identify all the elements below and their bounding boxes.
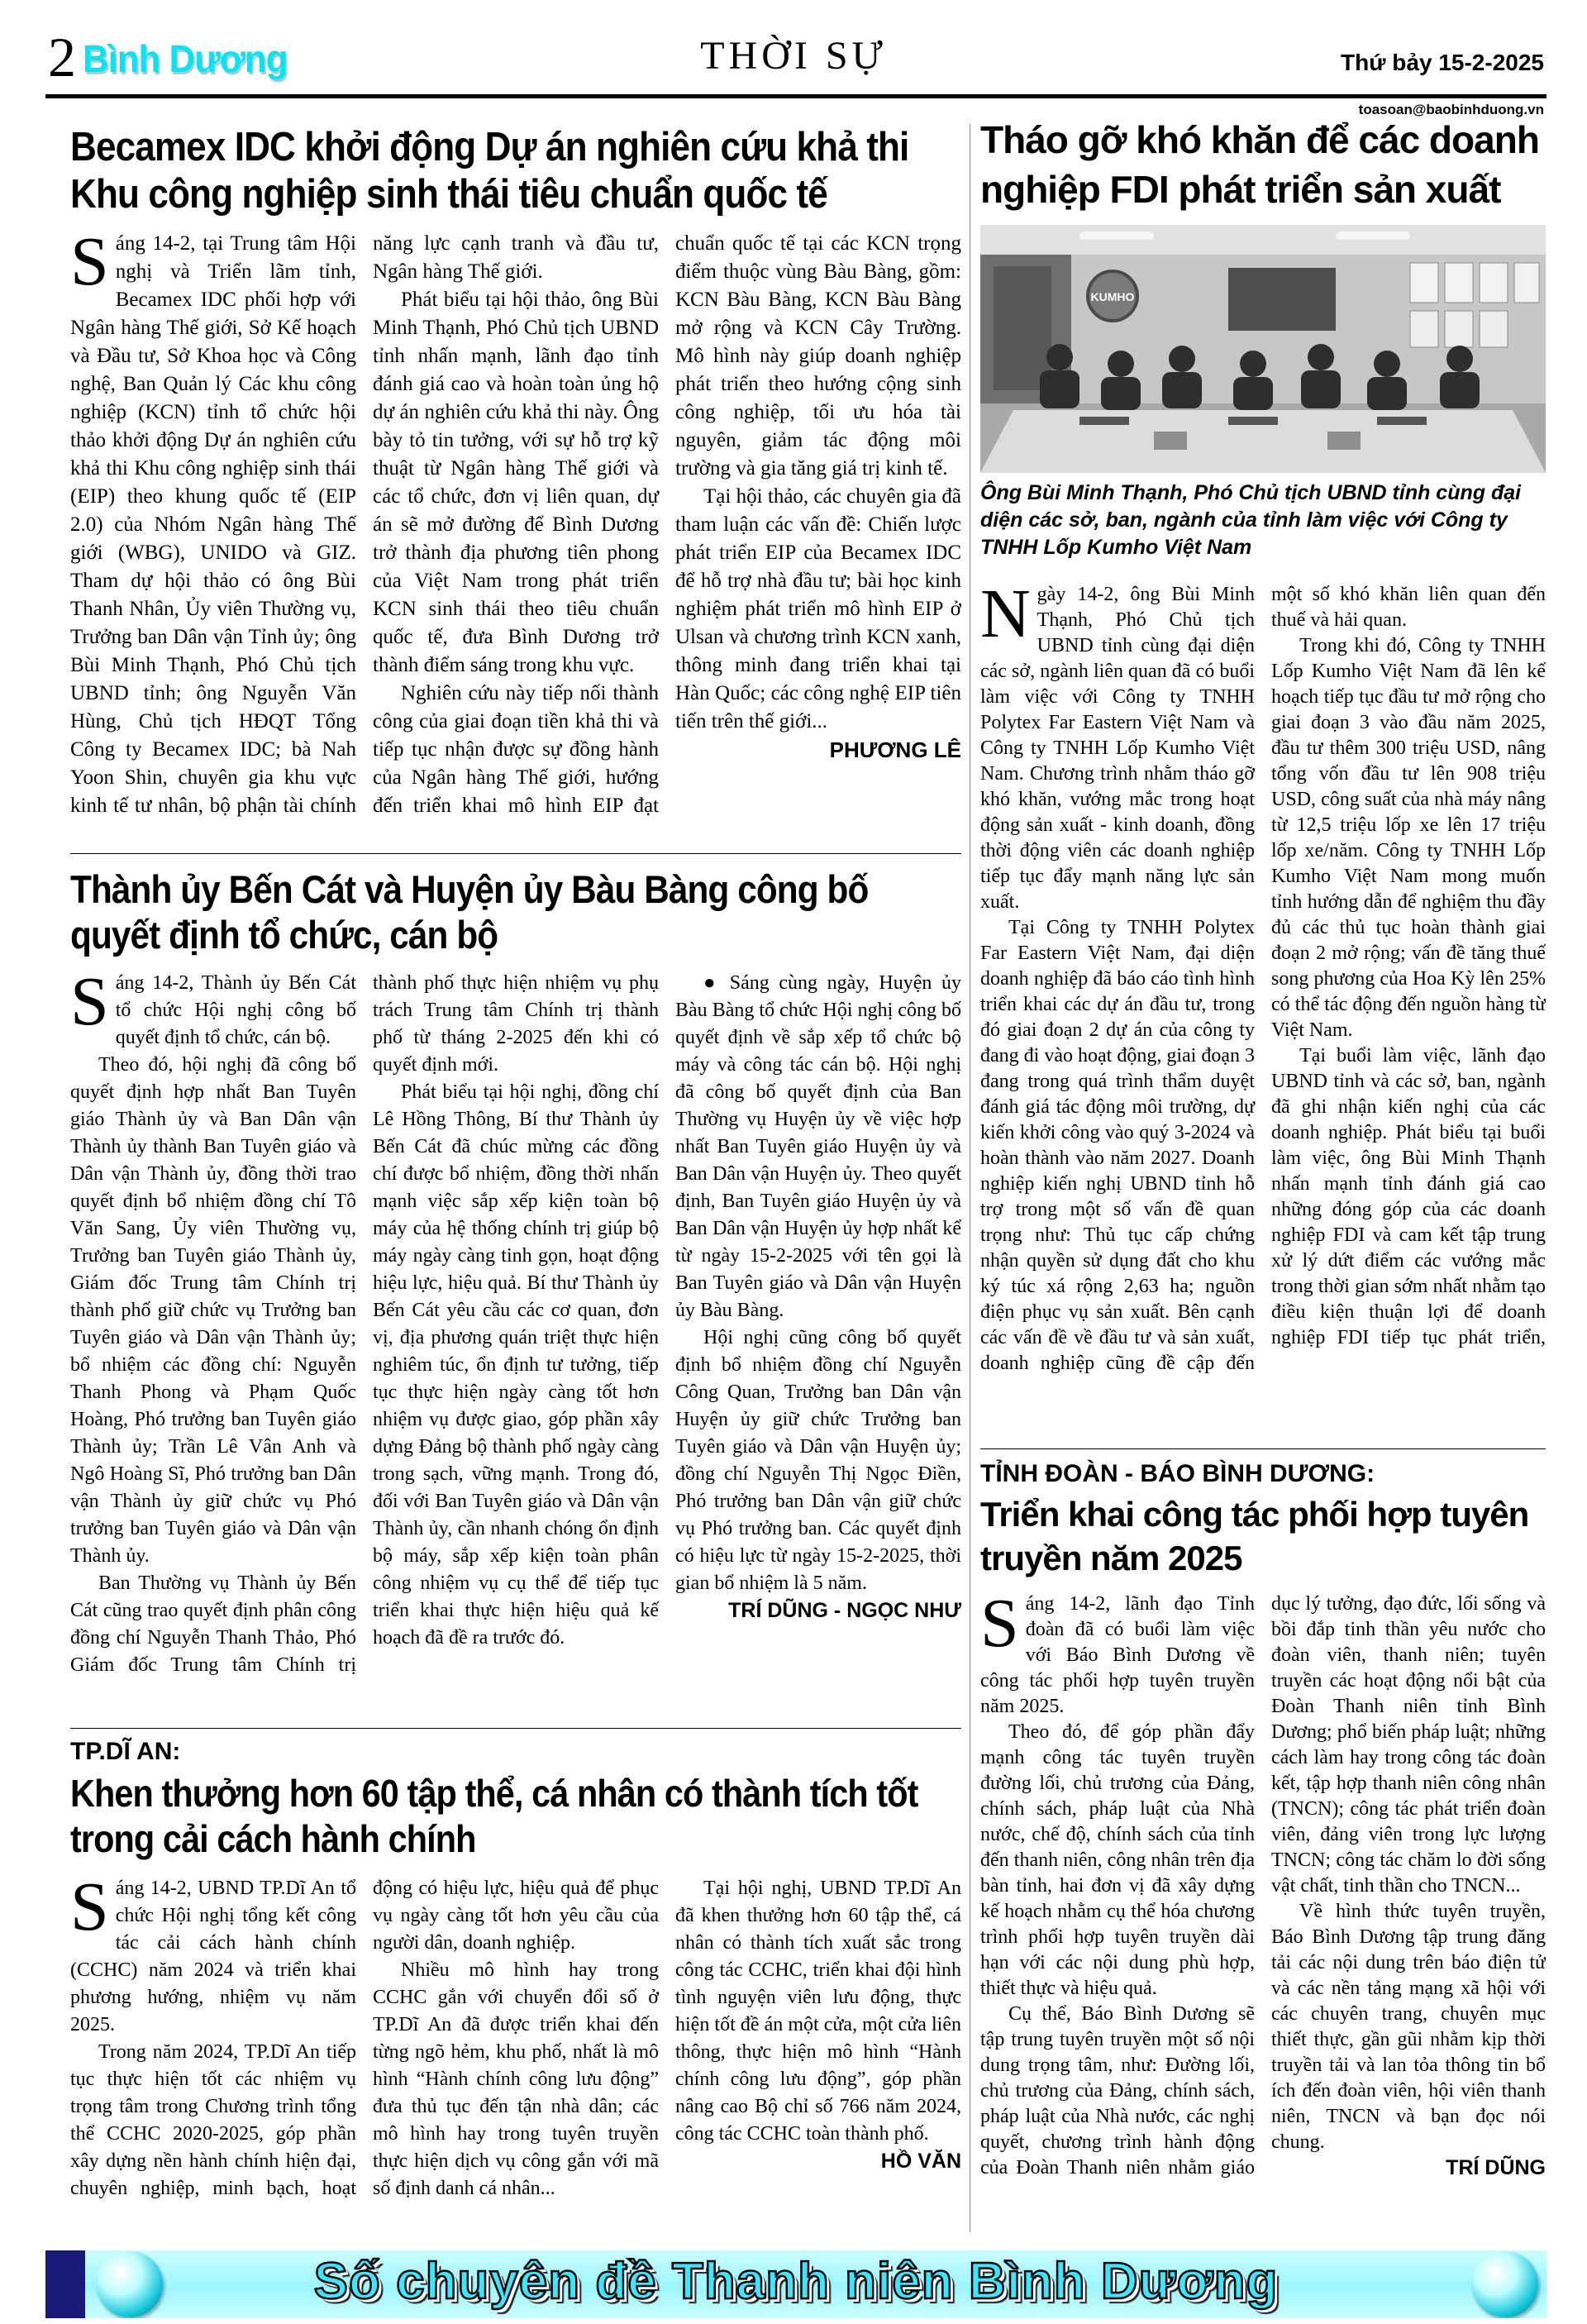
paragraph: Theo đó, để góp phần đẩy mạnh công tác t… [980, 1720, 1255, 2002]
article-dian-kicker: TP.DĨ AN: [70, 1738, 961, 1766]
paragraph: Tại hội thảo, các chuyên gia đã tham luậ… [675, 483, 961, 736]
paragraph: Nhiều mô hình hay trong CCHC gắn với chu… [373, 1957, 659, 2202]
paragraph: Phát biểu tại hội nghị, đồng chí Lê Hồng… [373, 1079, 659, 1652]
article-becamex-body: Sáng 14-2, tại Trung tâm Hội nghị và Tri… [70, 230, 961, 843]
article-bencat-body: Sáng 14-2, Thành ủy Bến Cát tổ chức Hội … [70, 970, 961, 1720]
article-fdi-headline: Tháo gỡ khó khăn để các doanh nghiệp FDI… [980, 116, 1546, 215]
article-fdi-photo-caption: Ông Bùi Minh Thạnh, Phó Chủ tịch UBND tỉ… [980, 480, 1546, 561]
paragraph-bullet: ● Sáng cùng ngày, Huyện ủy Bàu Bàng tổ c… [675, 970, 961, 1324]
masthead-rule [45, 94, 1546, 98]
column-divider [970, 124, 970, 2232]
article-separator [980, 1448, 1546, 1449]
meeting-photo: KUMHO [980, 225, 1546, 473]
paragraph: Sáng 14-2, UBND TP.Dĩ An tổ chức Hội ngh… [70, 1875, 356, 2039]
article-dian: TP.DĨ AN: Khen thưởng hơn 60 tập thể, cá… [70, 1738, 961, 2240]
article-dian-headline: Khen thưởng hơn 60 tập thể, cá nhân có t… [70, 1771, 960, 1862]
article-tinhdoan-headline: Triển khai công tác phối hợp tuyên truyề… [980, 1493, 1546, 1580]
paragraph: Trong khi đó, Công ty TNHH Lốp Kumho Việ… [1271, 633, 1546, 1043]
paragraph: Sáng 14-2, Thành ủy Bến Cát tổ chức Hội … [70, 970, 356, 1052]
paragraph: Phát biểu tại hội thảo, ông Bùi Minh Thạ… [373, 286, 659, 680]
paragraph: Tại hội nghị, UBND TP.Dĩ An đã khen thưở… [675, 1875, 961, 2148]
article-dian-byline: HỒ VĂN [675, 2148, 961, 2175]
special-issue-banner: Số chuyên đề Thanh niên Bình Dương [45, 2250, 1546, 2318]
article-becamex: Becamex IDC khởi động Dự án nghiên cứu k… [70, 124, 961, 843]
newspaper-page: 2 Bình Dương THỜI SỰ Thứ bảy 15-2-2025 t… [0, 0, 1587, 2324]
article-tinhdoan: TỈNH ĐOÀN - BÁO BÌNH DƯƠNG: Triển khai c… [980, 1460, 1546, 2245]
article-tinhdoan-kicker: TỈNH ĐOÀN - BÁO BÌNH DƯƠNG: [980, 1460, 1546, 1488]
article-bencat-headline: Thành ủy Bến Cát và Huyện ủy Bàu Bàng cô… [70, 866, 960, 958]
article-separator [70, 853, 961, 854]
paragraph: Sáng 14-2, lãnh đạo Tỉnh đoàn đã có buổi… [980, 1591, 1255, 1720]
issue-date: Thứ bảy 15-2-2025 [1341, 50, 1544, 76]
article-tinhdoan-byline: TRÍ DŨNG [1271, 2155, 1546, 2181]
article-fdi: Tháo gỡ khó khăn để các doanh nghiệp FDI… [980, 116, 1546, 1394]
paragraph: Ngày 14-2, ông Bùi Minh Thạnh, Phó Chủ t… [980, 582, 1255, 915]
paragraph: Hội nghị cũng công bố quyết định bổ nhiệ… [675, 1324, 961, 1597]
article-dian-body: Sáng 14-2, UBND TP.Dĩ An tổ chức Hội ngh… [70, 1875, 961, 2240]
banner-text: Số chuyên đề Thanh niên Bình Dương [45, 2252, 1546, 2311]
article-tinhdoan-body: Sáng 14-2, lãnh đạo Tỉnh đoàn đã có buổi… [980, 1591, 1546, 2245]
article-becamex-headline: Becamex IDC khởi động Dự án nghiên cứu k… [70, 124, 960, 218]
photo-wall-logo-text: KUMHO [1091, 290, 1135, 303]
article-becamex-byline: PHƯƠNG LÊ [675, 736, 961, 764]
article-separator [70, 1728, 961, 1729]
paragraph: Theo đó, hội nghị đã công bố quyết định … [70, 1052, 356, 1570]
paragraph: Về hình thức tuyên truyền, Báo Bình Dươn… [1271, 1899, 1546, 2155]
article-bencat: Thành ủy Bến Cát và Huyện ủy Bàu Bàng cô… [70, 866, 961, 1720]
article-fdi-body: Ngày 14-2, ông Bùi Minh Thạnh, Phó Chủ t… [980, 582, 1546, 1394]
article-bencat-byline: TRÍ DŨNG - NGỌC NHƯ [675, 1597, 961, 1625]
